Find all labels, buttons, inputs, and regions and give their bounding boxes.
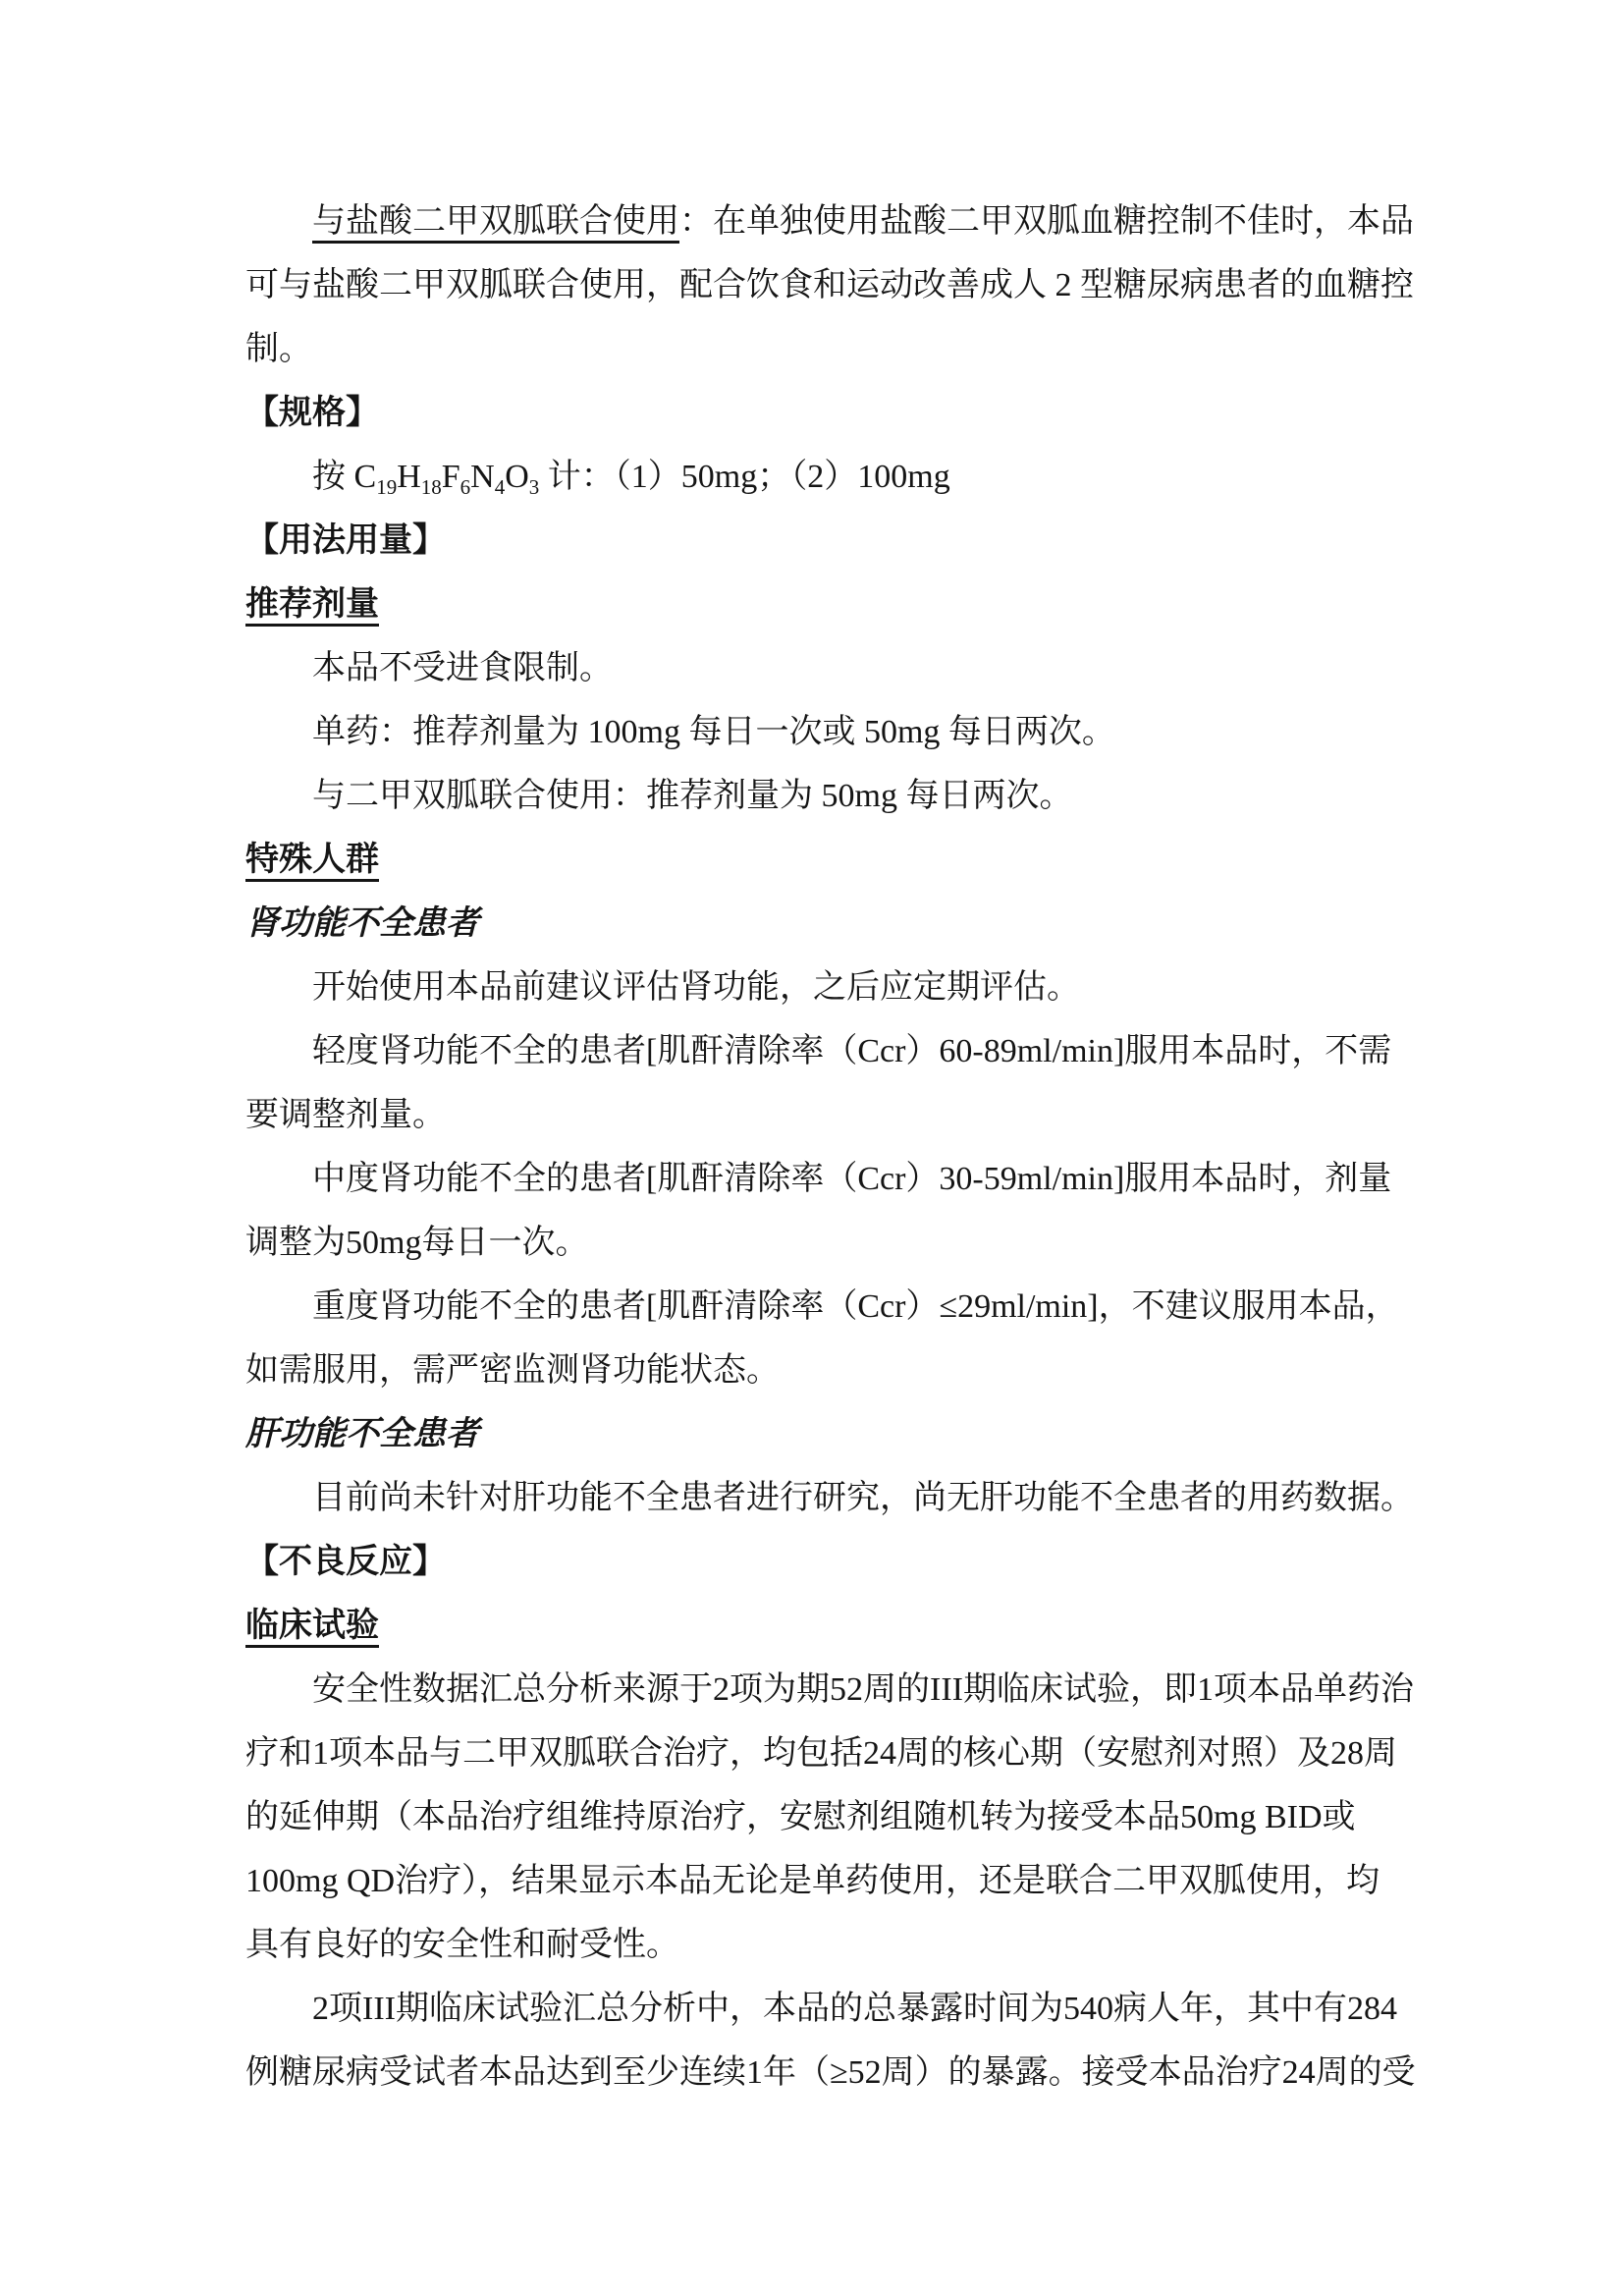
subheading-recommended-dose: 推荐剂量 — [245, 573, 1463, 636]
renal-para4-line1: 重度肾功能不全的患者[肌酐清除率（Ccr）≤29ml/min]，不建议服用本品， — [245, 1275, 1463, 1339]
heading-spec: 【规格】 — [245, 381, 1463, 445]
document-page: { "doc": { "combined_use": { "lead": "与盐… — [0, 0, 1623, 2296]
combined-use-line1: 与盐酸二甲双胍联合使用：在单独使用盐酸二甲双胍血糖控制不佳时，本品 — [245, 190, 1463, 253]
combined-use-line3: 制。 — [245, 317, 1463, 381]
combined-use-line1-rest: ：在单独使用盐酸二甲双胍血糖控制不佳时，本品 — [679, 203, 1414, 240]
drug-insert-body: 与盐酸二甲双胍联合使用：在单独使用盐酸二甲双胍血糖控制不佳时，本品 可与盐酸二甲… — [245, 190, 1463, 2105]
hepatic-para1: 目前尚未针对肝功能不全患者进行研究，尚无肝功能不全患者的用药数据。 — [245, 1466, 1463, 1530]
renal-para3-line1: 中度肾功能不全的患者[肌酐清除率（Ccr）30-59ml/min]服用本品时，剂… — [245, 1147, 1463, 1211]
clinical-para1-line2: 疗和1项本品与二甲双胍联合治疗，均包括24周的核心期（安慰剂对照）及28周 — [245, 1722, 1463, 1785]
clinical-para1-line3: 的延伸期（本品治疗组维持原治疗，安慰剂组随机转为接受本品50mg BID或 — [245, 1785, 1463, 1849]
subheading-clinical-trials: 临床试验 — [245, 1594, 1463, 1658]
formula-subscript: 4 — [495, 475, 506, 499]
formula-subscript: 6 — [460, 475, 471, 499]
spec-formula-line: 按 C19H18F6N4O3 计：（1）50mg；（2）100mg — [245, 445, 1463, 509]
formula-part: 计：（1）50mg；（2）100mg — [539, 459, 949, 495]
subheading-renal-impairment: 肾功能不全患者 — [245, 892, 1463, 956]
heading-dosage: 【用法用量】 — [245, 509, 1463, 573]
formula-part: N — [470, 459, 495, 495]
clinical-para2-line1: 2项III期临床试验汇总分析中，本品的总暴露时间为540病人年，其中有284 — [245, 1977, 1463, 2041]
subheading-special-populations: 特殊人群 — [245, 828, 1463, 892]
formula-part: O — [505, 459, 529, 495]
clinical-para1-line1: 安全性数据汇总分析来源于2项为期52周的III期临床试验，即1项本品单药治 — [245, 1658, 1463, 1722]
clinical-para1-line5: 具有良好的安全性和耐受性。 — [245, 1913, 1463, 1977]
formula-subscript: 19 — [376, 475, 397, 499]
renal-para2-line2: 要调整剂量。 — [245, 1083, 1463, 1147]
subheading-hepatic-impairment: 肝功能不全患者 — [245, 1402, 1463, 1466]
combined-use-underlined-lead: 与盐酸二甲双胍联合使用 — [312, 203, 679, 240]
recommended-dose-line2: 单药：推荐剂量为 100mg 每日一次或 50mg 每日两次。 — [245, 700, 1463, 764]
clinical-para1-line4: 100mg QD治疗），结果显示本品无论是单药使用，还是联合二甲双胍使用，均 — [245, 1849, 1463, 1913]
clinical-para2-line2: 例糖尿病受试者本品达到至少连续1年（≥52周）的暴露。接受本品治疗24周的受 — [245, 2041, 1463, 2105]
formula-part: H — [397, 459, 421, 495]
renal-para1: 开始使用本品前建议评估肾功能，之后应定期评估。 — [245, 956, 1463, 1019]
renal-para4-line2: 如需服用，需严密监测肾功能状态。 — [245, 1339, 1463, 1402]
formula-subscript: 3 — [529, 475, 540, 499]
formula-part: F — [442, 459, 460, 495]
formula-part: 按 C — [312, 459, 376, 495]
formula-subscript: 18 — [421, 475, 442, 499]
renal-para3-line2: 调整为50mg每日一次。 — [245, 1211, 1463, 1275]
recommended-dose-line1: 本品不受进食限制。 — [245, 636, 1463, 700]
renal-para2-line1: 轻度肾功能不全的患者[肌酐清除率（Ccr）60-89ml/min]服用本品时，不… — [245, 1019, 1463, 1083]
heading-adverse-reactions: 【不良反应】 — [245, 1530, 1463, 1594]
recommended-dose-line3: 与二甲双胍联合使用：推荐剂量为 50mg 每日两次。 — [245, 764, 1463, 828]
combined-use-line2: 可与盐酸二甲双胍联合使用，配合饮食和运动改善成人 2 型糖尿病患者的血糖控 — [245, 253, 1463, 317]
